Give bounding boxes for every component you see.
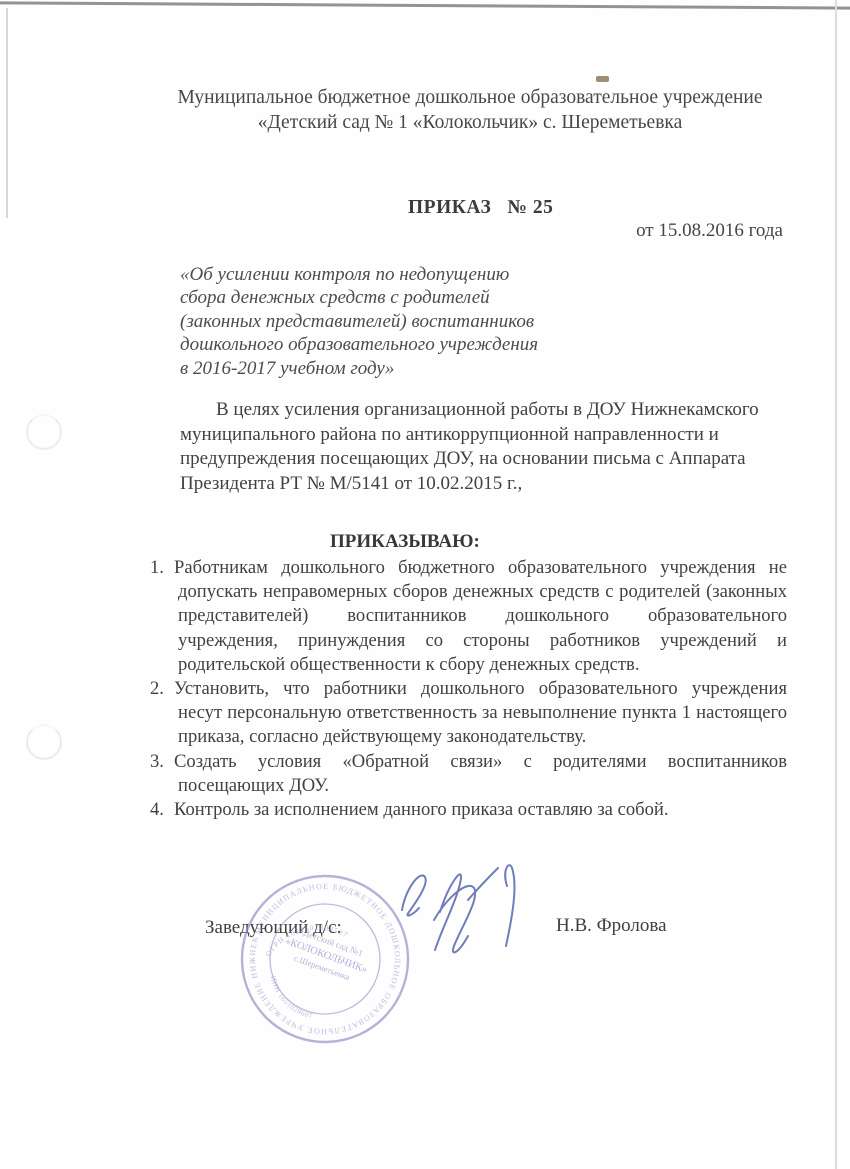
order-item: 1.Работникам дошкольного бюджетного обра… [150,556,787,677]
scan-edge-top [0,1,850,9]
order-title: ПРИКАЗ № 25 [408,197,553,219]
item-number: 4. [150,798,174,822]
hole-punch-mark [26,724,62,760]
item-text: Контроль за исполнением данного приказа … [174,799,668,820]
handwritten-signature [388,858,538,973]
order-item: 3.Создать условия «Обратной связи» с род… [150,750,787,798]
svg-text:ИНН 1651028607: ИНН 1651028607 [260,972,323,1021]
hole-punch-mark [26,414,62,450]
stamp-inn-text: ИНН 1651028607 [260,972,323,1021]
scan-edge-left [6,8,8,218]
item-number: 2. [150,677,174,701]
order-item: 2.Установить, что работники дошкольного … [150,677,787,750]
item-text: Создать условия «Обратной связи» с родит… [174,751,787,796]
order-subject: «Об усилении контроля по недопущению сбо… [180,263,660,380]
order-item: 4.Контроль за исполнением данного приказ… [150,798,787,822]
scanned-order-document: Муниципальное бюджетное дошкольное образ… [0,0,850,1169]
item-number: 1. [150,556,174,580]
item-number: 3. [150,750,174,774]
order-items-list: 1.Работникам дошкольного бюджетного обра… [150,556,787,822]
order-date: от 15.08.2016 года [150,220,783,242]
item-text: Установить, что работники дошкольного об… [174,678,787,747]
item-text: Работникам дошкольного бюджетного образо… [174,557,787,675]
signer-name: Н.В. Фролова [556,915,667,937]
resolution-heading: ПРИКАЗЫВАЮ: [330,531,480,553]
scan-edge-right [835,0,837,1169]
order-preamble: В целях усиления организационной работы … [180,398,780,496]
institution-header: Муниципальное бюджетное дошкольное образ… [150,85,790,135]
scan-speck [596,76,609,82]
